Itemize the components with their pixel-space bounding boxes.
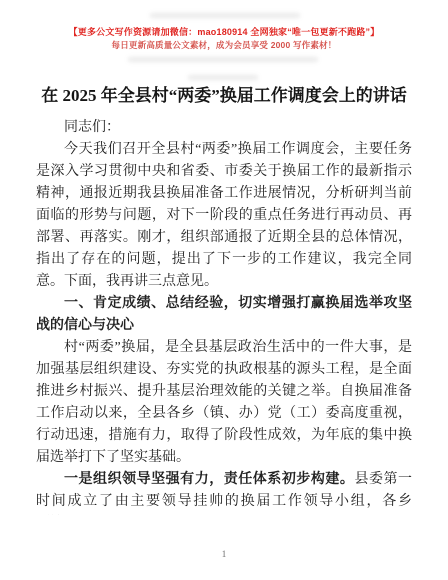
- paragraph-segment-bold: 一是组织领导坚强有力，责任体系初步构建。: [64, 472, 354, 487]
- paragraph-segment-bold: 一、肯定成绩、总结经验，切实增强打赢换届选举攻坚战的信心与决心: [36, 296, 412, 333]
- promo-banner-line-2: 每日更新高质量公文素材，成为会员享受 2000 写作素材！: [0, 39, 448, 52]
- paragraph-segment: 村“两委”换届，是全县基层政治生活中的一件大事，是加强基层组织建设、夯实党的执政…: [36, 340, 412, 465]
- promo-banner-line-1: 【更多公文写作资源请加微信：mao180914 全网独家“唯一包更新不跑路”】: [0, 25, 448, 39]
- document-page: 【更多公文写作资源请加微信：mao180914 全网独家“唯一包更新不跑路”】 …: [0, 0, 448, 580]
- paragraph: 今天我们召开全县村“两委”换届工作调度会，主要任务是深入学习贯彻中央和省委、市委…: [36, 139, 412, 293]
- paragraph-segment: 同志们：: [64, 120, 120, 135]
- paragraph-segment: 今天我们召开全县村“两委”换届工作调度会，主要任务是深入学习贯彻中央和省委、市委…: [36, 142, 412, 289]
- blur-artifact: [150, 13, 300, 18]
- paragraph: 一是组织领导坚强有力，责任体系初步构建。县委第一时间成立了由主要领导挂帅的换届工…: [36, 469, 412, 515]
- paragraph: 村“两委”换届，是全县基层政治生活中的一件大事，是加强基层组织建设、夯实党的执政…: [36, 337, 412, 469]
- blur-artifact: [128, 57, 318, 62]
- promo-banner: 【更多公文写作资源请加微信：mao180914 全网独家“唯一包更新不跑路”】 …: [0, 0, 448, 52]
- document-body: 同志们：今天我们召开全县村“两委”换届工作调度会，主要任务是深入学习贯彻中央和省…: [36, 117, 412, 515]
- blur-artifact: [188, 75, 258, 80]
- document-title: 在 2025 年全县村“两委”换届工作调度会上的讲话: [34, 84, 414, 108]
- paragraph: 一、肯定成绩、总结经验，切实增强打赢换届选举攻坚战的信心与决心: [36, 293, 412, 337]
- page-number: 1: [0, 549, 448, 559]
- paragraph: 同志们：: [36, 117, 412, 139]
